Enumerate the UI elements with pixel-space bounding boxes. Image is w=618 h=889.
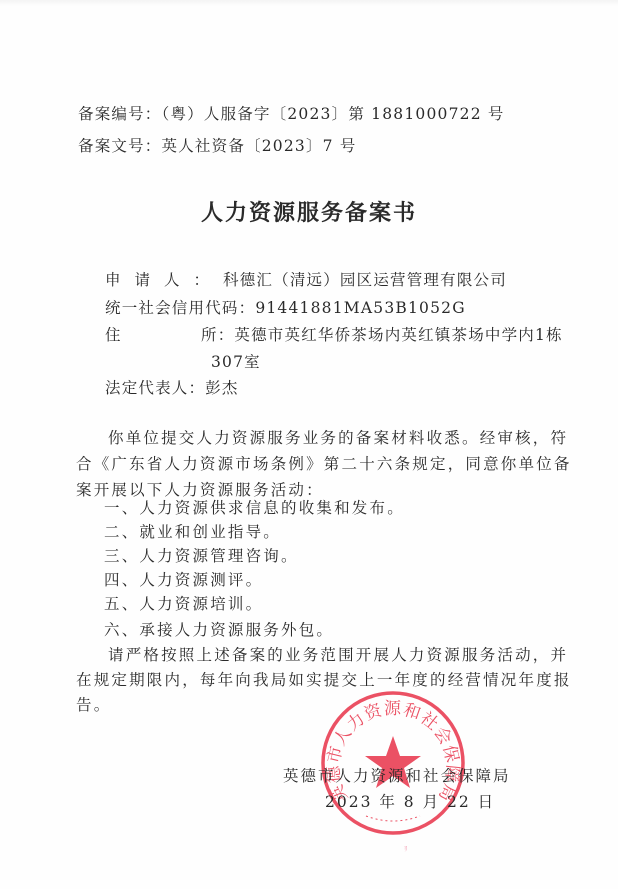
- scan-edge: [0, 0, 618, 6]
- address-label-1: 住: [105, 325, 201, 345]
- applicant-row: 申请人：科德汇（清远）园区运营管理有限公司: [105, 270, 507, 290]
- closing-line-2: 在规定期限内，每年向我局如实提交上一年度的经营情况年度报: [76, 670, 572, 690]
- legal-rep-value: 彭杰: [205, 379, 238, 397]
- page-title: 人力资源服务备案书: [0, 196, 618, 227]
- closing-line-3: 告。: [76, 695, 111, 715]
- activity-item-2: 二、就业和创业指导。: [104, 522, 281, 542]
- footer-mark: ﾘ: [404, 844, 408, 854]
- legal-rep-row: 法定代表人：彭杰: [105, 378, 239, 398]
- credit-code-label: 统一社会信用代码：: [105, 299, 255, 317]
- credit-code-row: 统一社会信用代码：91441881MA53B1052G: [105, 298, 466, 318]
- activity-item-1: 一、人力资源供求信息的收集和发布。: [104, 498, 405, 518]
- issuer-name: 英德市人力资源和社会保障局: [283, 764, 511, 786]
- applicant-value: 科德汇（清远）园区运营管理有限公司: [223, 271, 507, 289]
- filing-number-label: 备案编号：: [78, 105, 162, 123]
- credit-code-value: 91441881MA53B1052G: [255, 299, 466, 317]
- activity-item-5: 五、人力资源培训。: [104, 594, 263, 614]
- intro-line-3: 案开展以下人力资源服务活动：: [76, 480, 324, 500]
- document-number-value: 英人社资备〔2023〕7 号: [162, 137, 357, 155]
- address-line1: 英德市英红华侨茶场内英红镇茶场中学内1栋: [234, 326, 562, 344]
- address-line2: 307室: [211, 352, 261, 372]
- intro-line-2: 合《广东省人力资源市场条例》第二十六条规定，同意你单位备: [76, 454, 572, 474]
- filing-number: 备案编号：（粤）人服备字〔2023〕第 1881000722 号: [78, 104, 505, 124]
- official-seal-icon: 英德市人力资源和社会保障局: [318, 688, 468, 838]
- document-number: 备案文号：英人社资备〔2023〕7 号: [78, 136, 357, 156]
- activity-item-6: 六、承接人力资源服务外包。: [104, 620, 334, 640]
- activity-item-4: 四、人力资源测评。: [104, 570, 263, 590]
- intro-line-1: 你单位提交人力资源服务业务的备案材料收悉。经审核，符: [108, 428, 568, 448]
- document-page: 备案编号：（粤）人服备字〔2023〕第 1881000722 号 备案文号：英人…: [0, 0, 618, 889]
- applicant-label: 申请人：: [105, 271, 223, 289]
- issue-date: 2023 年 8 月 22 日: [325, 790, 495, 812]
- document-number-label: 备案文号：: [78, 137, 162, 155]
- activity-item-3: 三、人力资源管理咨询。: [104, 546, 299, 566]
- address-row: 住所：英德市英红华侨茶场内英红镇茶场中学内1栋: [105, 325, 563, 345]
- closing-line-1: 请严格按照上述备案的业务范围开展人力资源服务活动，并: [108, 645, 568, 665]
- address-label-2: 所：: [201, 326, 234, 344]
- legal-rep-label: 法定代表人：: [105, 379, 205, 397]
- filing-number-value: （粤）人服备字〔2023〕第 1881000722 号: [162, 105, 505, 123]
